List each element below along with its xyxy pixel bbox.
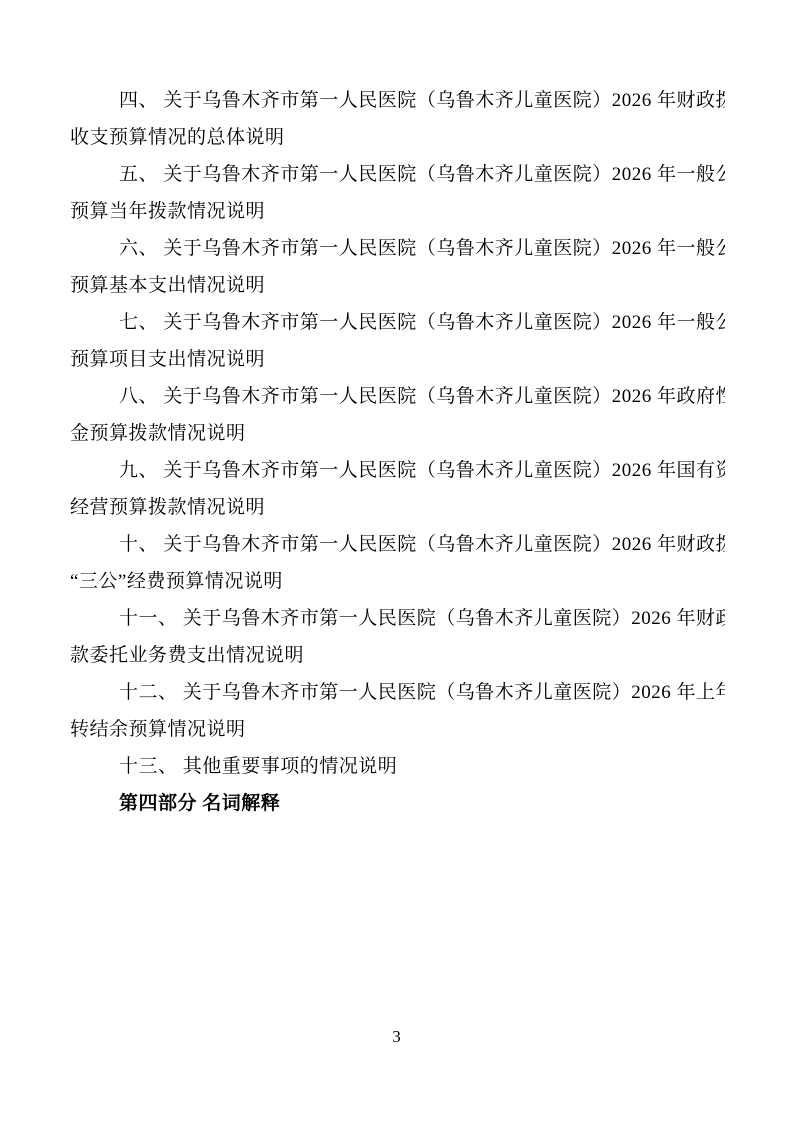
section4-heading: 第四部分 名词解释 [70, 785, 725, 822]
toc-line-item11-2: 款委托业务费支出情况说明 [70, 637, 725, 674]
page-footer: 3 [0, 1018, 793, 1055]
toc-line-item6-1: 六、 关于乌鲁木齐市第一人民医院（乌鲁木齐儿童医院）2026 年一般公共 [70, 230, 725, 267]
toc-line-item10-1: 十、 关于乌鲁木齐市第一人民医院（乌鲁木齐儿童医院）2026 年财政拨款 [70, 526, 725, 563]
page-number: 3 [392, 1027, 401, 1046]
toc-line-item7-1: 七、 关于乌鲁木齐市第一人民医院（乌鲁木齐儿童医院）2026 年一般公共 [70, 304, 725, 341]
toc-line-item7-2: 预算项目支出情况说明 [70, 341, 725, 378]
toc-line-item9-1: 九、 关于乌鲁木齐市第一人民医院（乌鲁木齐儿童医院）2026 年国有资本 [70, 452, 725, 489]
toc-line-item12-1: 十二、 关于乌鲁木齐市第一人民医院（乌鲁木齐儿童医院）2026 年上年结 [70, 674, 725, 711]
toc-line-item5-1: 五、 关于乌鲁木齐市第一人民医院（乌鲁木齐儿童医院）2026 年一般公共 [70, 156, 725, 193]
toc-line-item9-2: 经营预算拨款情况说明 [70, 489, 725, 526]
toc-line-item4-1: 四、 关于乌鲁木齐市第一人民医院（乌鲁木齐儿童医院）2026 年财政拨款 [70, 82, 725, 119]
toc-content: 四、 关于乌鲁木齐市第一人民医院（乌鲁木齐儿童医院）2026 年财政拨款 收支预… [70, 82, 725, 822]
toc-line-item11-1: 十一、 关于乌鲁木齐市第一人民医院（乌鲁木齐儿童医院）2026 年财政拨 [70, 600, 725, 637]
toc-line-item13: 十三、 其他重要事项的情况说明 [70, 748, 725, 785]
toc-line-item10-2: “三公”经费预算情况说明 [70, 563, 725, 600]
toc-line-item4-2: 收支预算情况的总体说明 [70, 119, 725, 156]
toc-line-item8-2: 金预算拨款情况说明 [70, 415, 725, 452]
toc-line-item5-2: 预算当年拨款情况说明 [70, 193, 725, 230]
toc-line-item8-1: 八、 关于乌鲁木齐市第一人民医院（乌鲁木齐儿童医院）2026 年政府性基 [70, 378, 725, 415]
toc-line-item12-2: 转结余预算情况说明 [70, 711, 725, 748]
toc-line-item6-2: 预算基本支出情况说明 [70, 267, 725, 304]
document-page: 四、 关于乌鲁木齐市第一人民医院（乌鲁木齐儿童医院）2026 年财政拨款 收支预… [0, 0, 793, 1122]
